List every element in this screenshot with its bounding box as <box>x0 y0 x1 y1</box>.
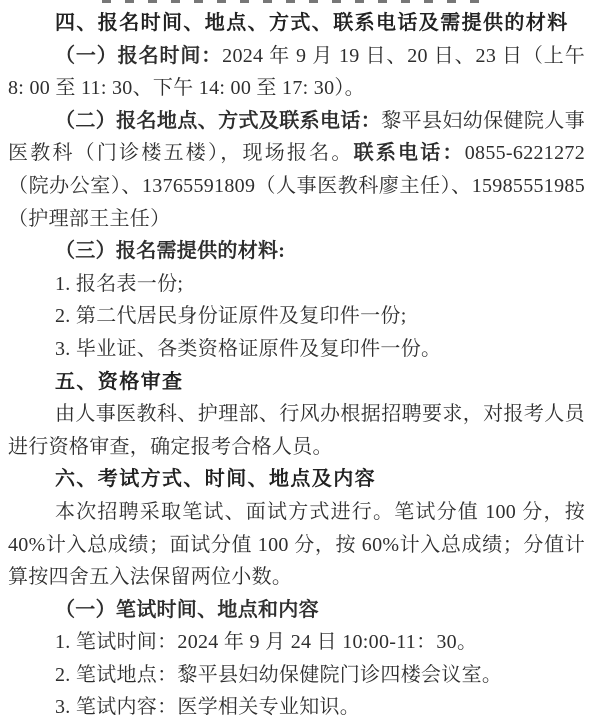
registration-time-label: （一）报名时间： <box>55 45 222 67</box>
material-item-1: 1. 报名表一份; <box>8 268 585 301</box>
written-item-1: 1. 笔试时间：2024 年 9 月 24 日 10:00-11：30。 <box>8 626 585 659</box>
paragraph-exam-method: 本次招聘采取笔试、面试方式进行。笔试分值 100 分，按 40%计入总成绩；面试… <box>8 496 585 594</box>
section-heading-6-text: 六、考试方式、时间、地点及内容 <box>55 468 376 490</box>
document-body: 四、报名时间、地点、方式、联系电话及需提供的材料 （一）报名时间：2024 年 … <box>0 0 594 724</box>
written-item-1-text: 1. 笔试时间：2024 年 9 月 24 日 10:00-11：30。 <box>55 631 477 653</box>
registration-place-label: （二）报名地点、方式及联系电话： <box>55 110 381 132</box>
material-item-2: 2. 第二代居民身份证原件及复印件一份; <box>8 300 585 333</box>
material-item-2-text: 2. 第二代居民身份证原件及复印件一份; <box>55 305 407 327</box>
written-item-2-text: 2. 笔试地点：黎平县妇幼保健院门诊四楼会议室。 <box>55 664 502 686</box>
section-heading-4-text: 四、报名时间、地点、方式、联系电话及需提供的材料 <box>55 12 569 34</box>
written-item-3-text: 3. 笔试内容：医学相关专业知识。 <box>55 696 360 718</box>
material-item-3-text: 3. 毕业证、各类资格证原件及复印件一份。 <box>55 338 441 360</box>
paragraph-qualification-review: 由人事医教科、护理部、行风办根据招聘要求，对报考人员进行资格审查，确定报考合格人… <box>8 398 585 463</box>
materials-heading: （三）报名需提供的材料: <box>8 235 585 268</box>
paragraph-registration-place: （二）报名地点、方式及联系电话：黎平县妇幼保健院人事医教科（门诊楼五楼），现场报… <box>8 105 585 235</box>
material-item-3: 3. 毕业证、各类资格证原件及复印件一份。 <box>8 333 585 366</box>
written-item-3: 3. 笔试内容：医学相关专业知识。 <box>8 691 585 724</box>
materials-heading-text: （三）报名需提供的材料: <box>55 240 285 262</box>
written-exam-heading-text: （一）笔试时间、地点和内容 <box>55 599 319 621</box>
section-heading-4: 四、报名时间、地点、方式、联系电话及需提供的材料 <box>8 7 585 40</box>
written-exam-heading: （一）笔试时间、地点和内容 <box>8 594 585 627</box>
contact-phone-label: 联系电话： <box>354 142 465 164</box>
document-page: 四、报名时间、地点、方式、联系电话及需提供的材料 （一）报名时间：2024 年 … <box>0 0 594 727</box>
section-heading-5-text: 五、资格审查 <box>55 371 183 393</box>
exam-method-text: 本次招聘采取笔试、面试方式进行。笔试分值 100 分，按 40%计入总成绩；面试… <box>8 501 585 588</box>
written-item-2: 2. 笔试地点：黎平县妇幼保健院门诊四楼会议室。 <box>8 659 585 692</box>
material-item-1-text: 1. 报名表一份; <box>55 273 183 295</box>
paragraph-registration-time: （一）报名时间：2024 年 9 月 19 日、20 日、23 日（上午 8: … <box>8 40 585 105</box>
section-heading-6: 六、考试方式、时间、地点及内容 <box>8 463 585 496</box>
qualification-review-text: 由人事医教科、护理部、行风办根据招聘要求，对报考人员进行资格审查，确定报考合格人… <box>8 403 585 458</box>
section-heading-5: 五、资格审查 <box>8 366 585 399</box>
